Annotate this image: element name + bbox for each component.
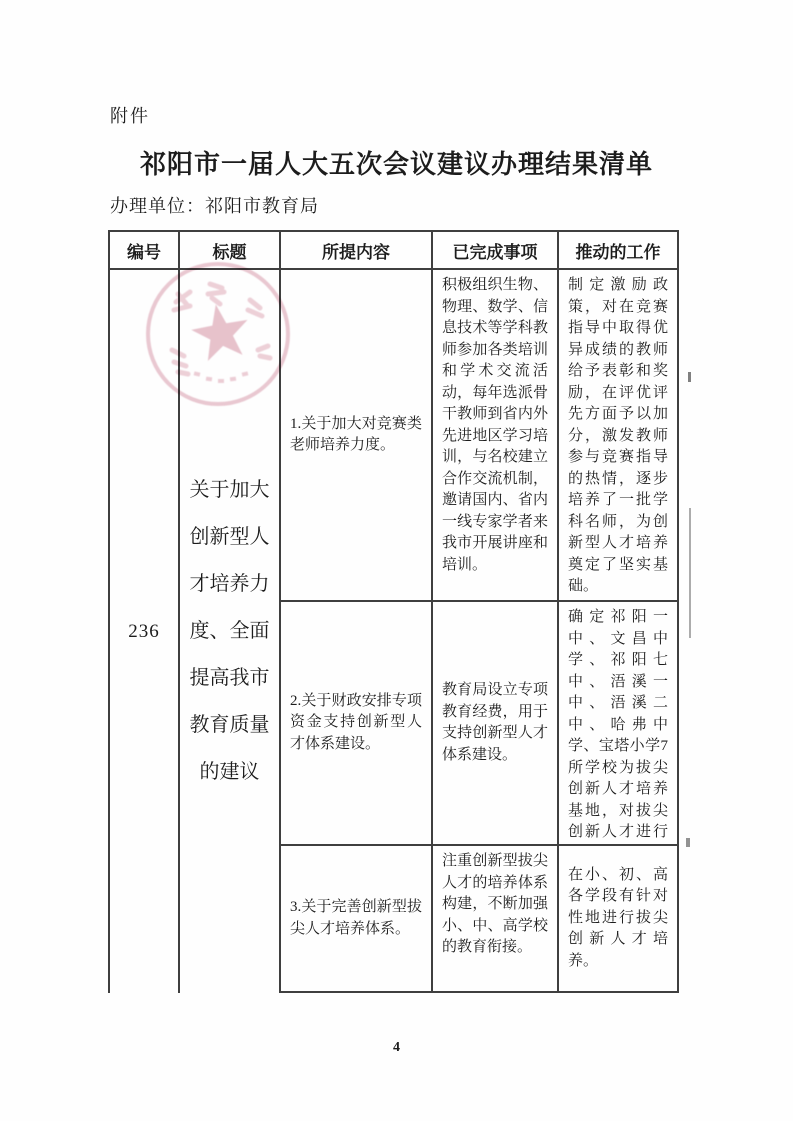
attachment-label: 附件	[110, 102, 150, 128]
page-title: 祁阳市一届人大五次会议建议办理结果清单	[0, 144, 793, 181]
item2-content-cell: 2.关于财政安排专项资金支持创新型人才体系建设。	[281, 602, 431, 844]
item3-content-cell: 3.关于完善创新型拔尖人才培养体系。	[281, 846, 431, 991]
column-header-title: 标题	[180, 232, 279, 268]
item2-promoted-cell: 确定祁阳一中、文昌中学、祁阳七中、浯溪一中、浯溪二中、哈弗中学、宝塔小学7所学校…	[559, 602, 677, 844]
item2-completed-cell: 教育局设立专项教育经费，用于支持创新型人才体系建设。	[433, 602, 557, 844]
item1-content-cell: 1.关于加大对竞赛类老师培养力度。	[281, 270, 431, 600]
scan-artifact	[689, 508, 691, 638]
column-header-promoted: 推动的工作	[559, 232, 677, 268]
item3-promoted-cell: 在小、初、高各学段有针对性地进行拔尖创新人才培养。	[559, 846, 677, 991]
item3-completed-cell: 注重创新型拔尖人才的培养体系构建，不断加强小、中、高学校的教育衔接。	[433, 846, 557, 991]
row-number-cell: 236	[110, 270, 178, 993]
row-title-text: 关于加大创新型人才培养力度、全面提高我市教育质量的建议	[186, 467, 274, 796]
row-title-cell: 关于加大创新型人才培养力度、全面提高我市教育质量的建议	[180, 270, 279, 993]
page-number: 4	[0, 1040, 793, 1056]
scan-artifact	[686, 838, 690, 847]
results-table: 编号 标题 所提内容 已完成事项 推动的工作 236 关于加大创新型人才培养力度…	[108, 230, 679, 993]
column-header-content: 所提内容	[281, 232, 431, 268]
scan-artifact	[688, 372, 691, 382]
column-header-completed: 已完成事项	[433, 232, 557, 268]
column-header-number: 编号	[110, 232, 178, 268]
document-page: 附件 祁阳市一届人大五次会议建议办理结果清单 办理单位：祁阳市教育局 编号 标题…	[0, 0, 793, 1121]
handling-unit-label: 办理单位：祁阳市教育局	[110, 192, 319, 218]
item1-promoted-cell: 制定激励政策，对在竞赛指导中取得优异成绩的教师给予表彰和奖励，在评优评先方面予以…	[559, 270, 677, 600]
item1-completed-cell: 积极组织生物、物理、数学、信息技术等学科教师参加各类培训和学术交流活动，每年选派…	[433, 270, 557, 600]
